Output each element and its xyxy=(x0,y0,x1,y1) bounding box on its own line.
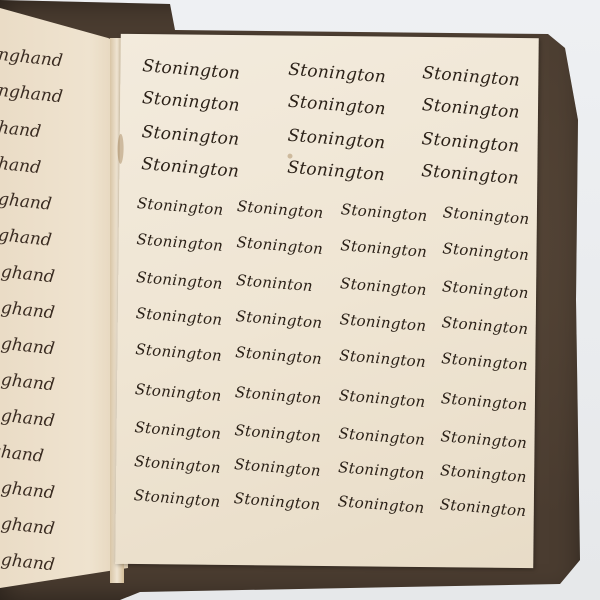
handwritten-word: Stonington xyxy=(337,492,425,517)
handwritten-word: Stonington xyxy=(134,452,222,477)
handwritten-word: ghand xyxy=(0,441,45,467)
handwritten-word: Stonington xyxy=(338,386,426,411)
handwritten-word: Stonington xyxy=(236,233,324,258)
handwritten-word: Stonington xyxy=(134,380,222,405)
handwritten-word: Stonington xyxy=(288,60,387,88)
handwritten-word: nghand xyxy=(0,513,56,540)
handwritten-word: Stonington xyxy=(439,495,527,520)
handwritten-word: Stonington xyxy=(141,154,240,182)
handwritten-word: Stonington xyxy=(339,346,427,371)
handwritten-word: Stonington xyxy=(236,197,324,222)
handwritten-word: Stonington xyxy=(339,274,427,299)
handwritten-word: ghand xyxy=(0,225,53,251)
handwritten-word: Stoninton xyxy=(235,271,313,295)
handwritten-word: nghand xyxy=(0,477,56,504)
handwritten-word: nghand xyxy=(0,297,56,324)
handwritten-word: Stonington xyxy=(422,63,521,91)
handwritten-word: Stonington xyxy=(287,126,386,154)
handwritten-word: hand xyxy=(0,118,42,142)
handwritten-word: Stonington xyxy=(440,427,528,452)
right-page: StoningtonStoningtonStoningtonStonington… xyxy=(115,34,539,568)
handwritten-word: Stonington xyxy=(338,458,426,483)
handwritten-word: Stonington xyxy=(442,239,530,264)
handwritten-word: Stonington xyxy=(287,158,386,186)
handwritten-word: nghand xyxy=(0,549,56,576)
handwritten-word: Stonington xyxy=(440,389,528,414)
handwritten-word: Stonington xyxy=(135,304,223,329)
handwritten-word: nghand xyxy=(0,369,56,396)
handwritten-word: Stonington xyxy=(287,92,386,120)
handwritten-word: Stonington xyxy=(421,95,520,123)
handwritten-word: Stonington xyxy=(234,455,322,480)
handwritten-word: nghand xyxy=(0,261,56,288)
handwritten-word: Stonington xyxy=(421,129,520,157)
handwritten-word: Stonington xyxy=(141,122,240,150)
handwritten-word: Stonington xyxy=(135,340,223,365)
handwritten-word: Stonington xyxy=(133,486,221,511)
handwritten-word: nghand xyxy=(0,81,64,108)
handwritten-word: Stonington xyxy=(421,161,520,189)
handwritten-word: Stonington xyxy=(441,349,529,374)
left-page: nghandnghandhandhandghandghandnghandngha… xyxy=(0,8,128,588)
handwritten-word: Stonington xyxy=(340,200,428,225)
handwritten-word: Stonington xyxy=(134,418,222,443)
handwritten-word: ghand xyxy=(0,189,53,215)
handwritten-word: Stonington xyxy=(142,56,241,84)
handwritten-word: Stonington xyxy=(339,310,427,335)
handwritten-word: Stonington xyxy=(340,236,428,261)
handwritten-word: Stonington xyxy=(136,268,224,293)
handwritten-word: Stonington xyxy=(235,307,323,332)
handwritten-word: hand xyxy=(0,154,42,178)
handwritten-word: Stonington xyxy=(234,421,322,446)
handwritten-word: Stonington xyxy=(141,88,240,116)
handwritten-word: Stonington xyxy=(235,343,323,368)
handwritten-word: Stonington xyxy=(338,424,426,449)
handwritten-word: Stonington xyxy=(440,461,528,486)
stain xyxy=(117,134,123,164)
handwritten-word: nghand xyxy=(0,45,64,72)
handwritten-word: Stonington xyxy=(136,194,224,219)
handwritten-word: Stonington xyxy=(233,489,321,514)
handwritten-word: Stonington xyxy=(441,313,529,338)
handwritten-word: Stonington xyxy=(136,230,224,255)
handwritten-word: Stonington xyxy=(234,383,322,408)
handwritten-word: Stonington xyxy=(441,277,529,302)
handwritten-word: Stonington xyxy=(442,203,530,228)
handwritten-word: nghand xyxy=(0,405,56,432)
handwritten-word: nghand xyxy=(0,333,56,360)
